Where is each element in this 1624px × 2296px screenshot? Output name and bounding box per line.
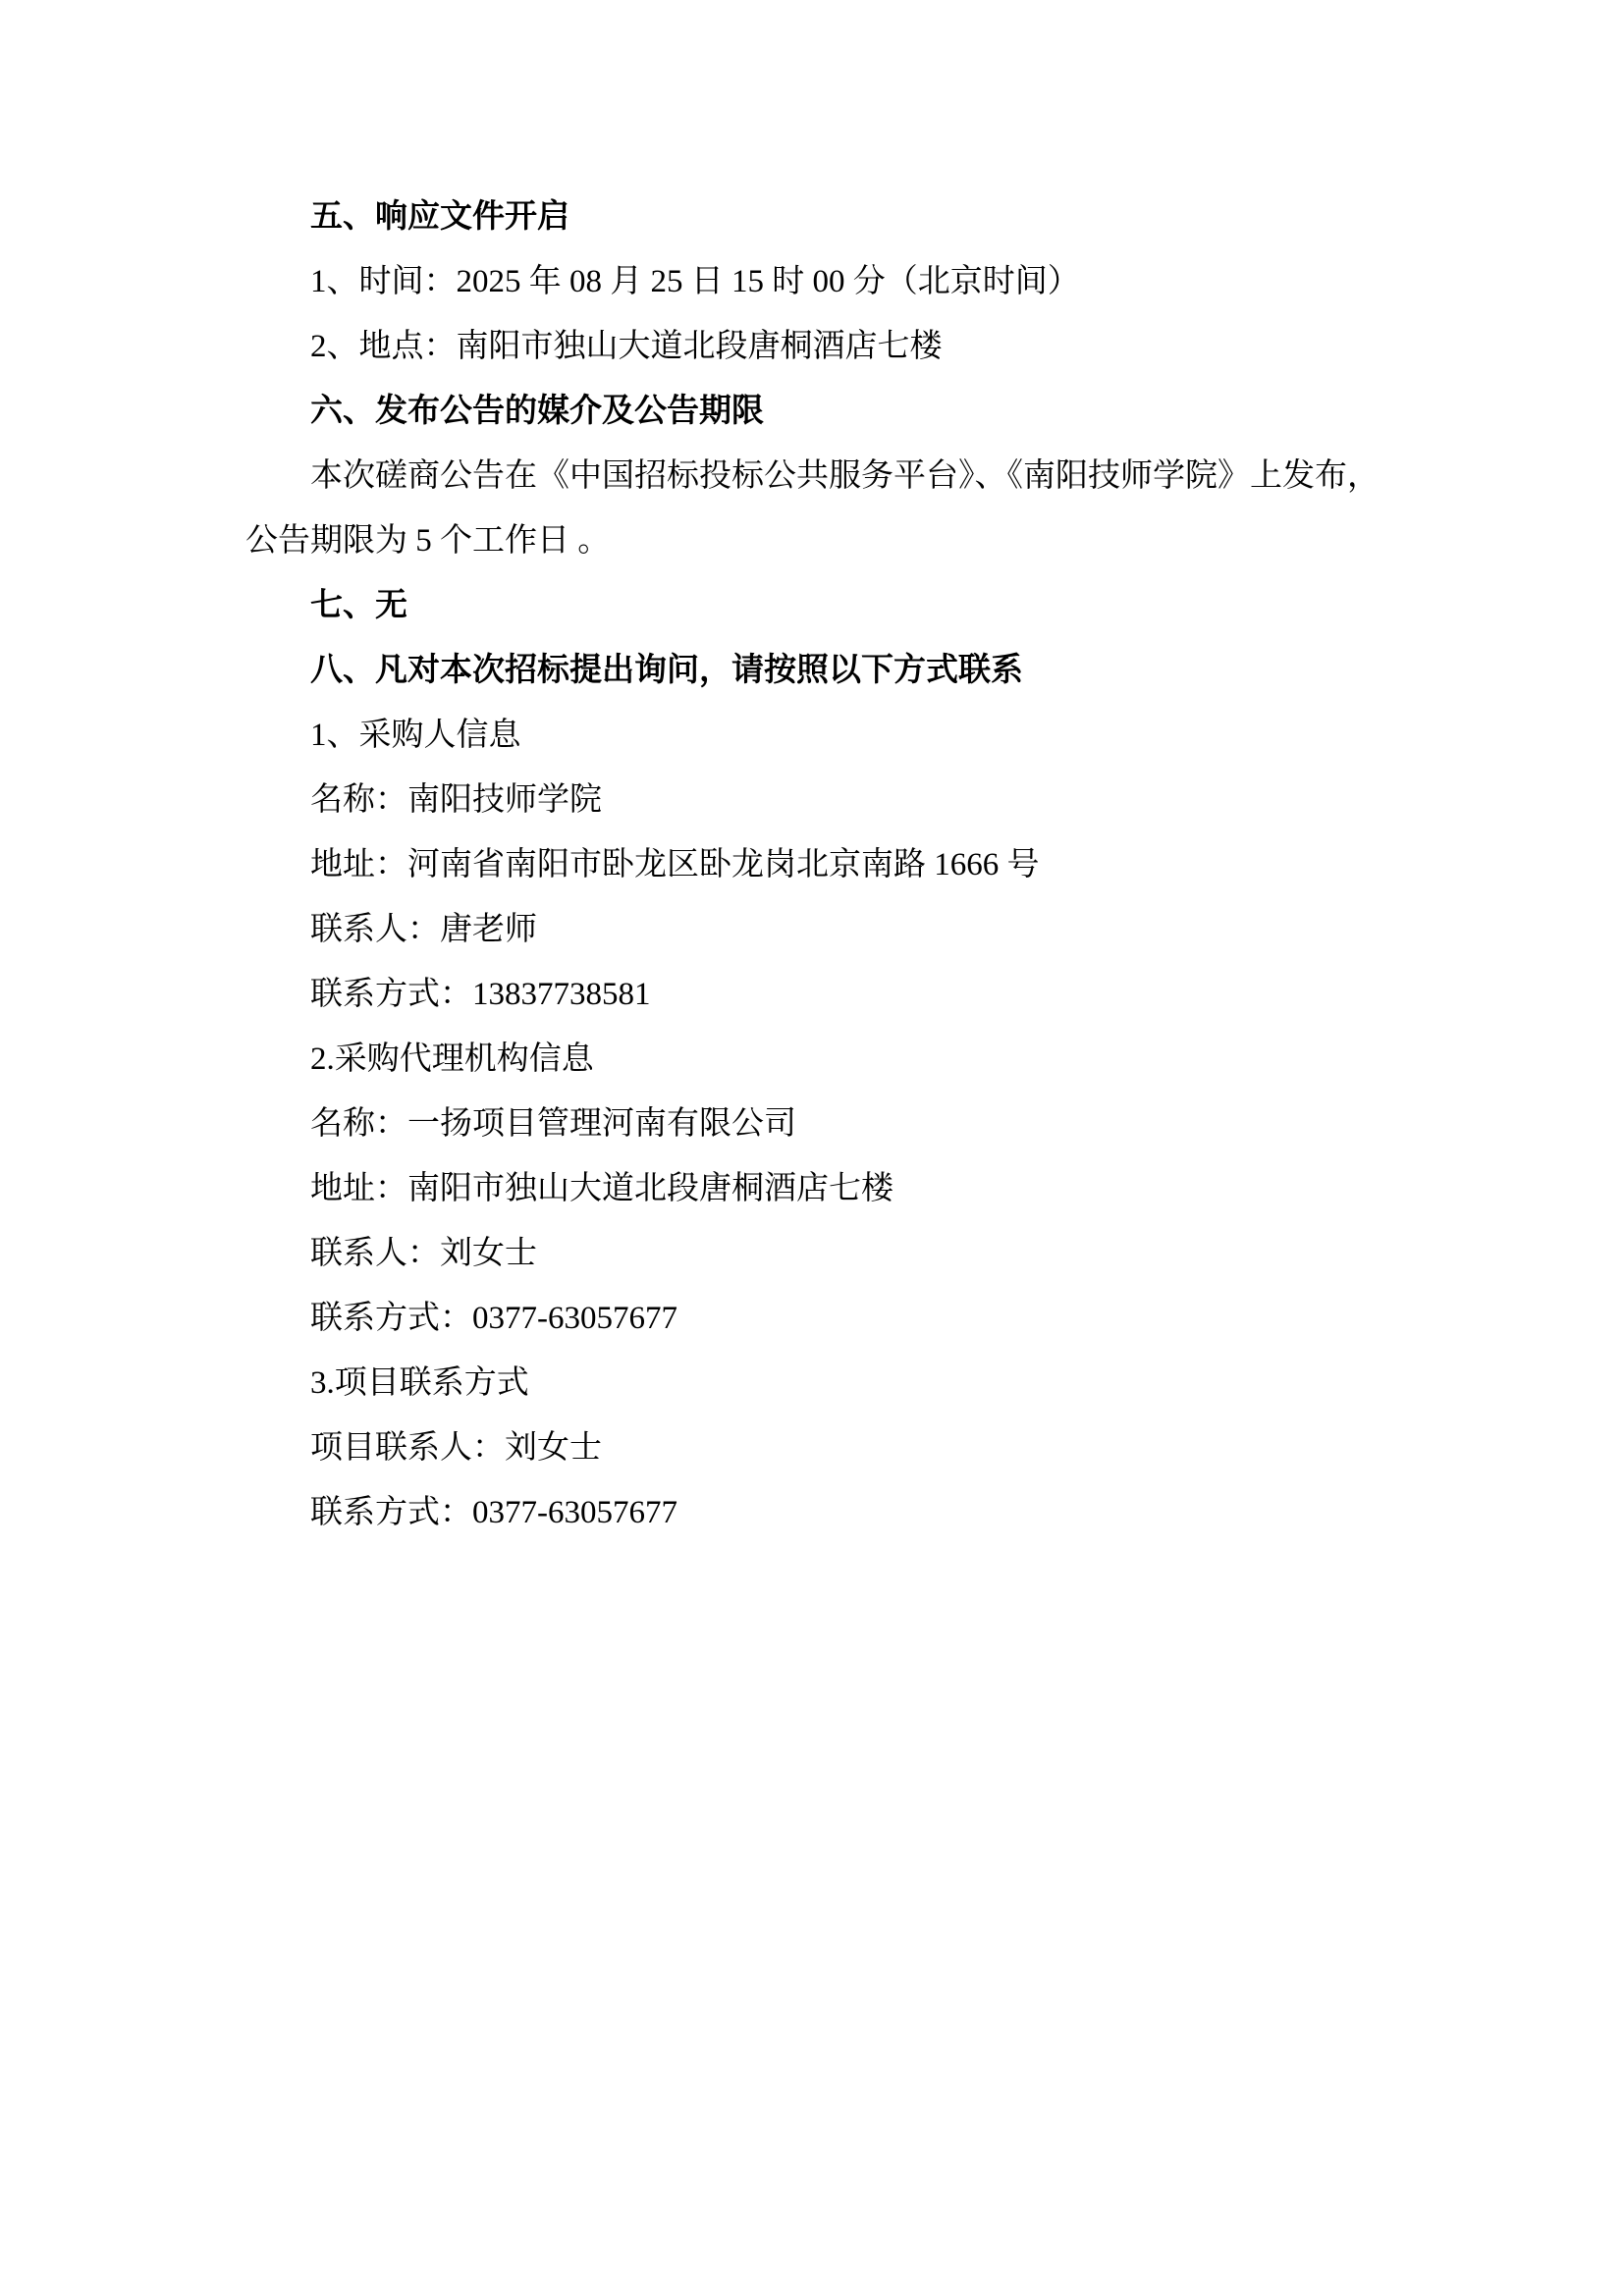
agency-phone-line: 联系方式：0377-63057677 (245, 1286, 1380, 1351)
document-page: 五、响应文件开启 1、时间：2025 年 08 月 25 日 15 时 00 分… (0, 0, 1624, 2296)
announcement-period-line: 公告期限为 5 个工作日 。 (245, 508, 1380, 573)
section-heading-5: 五、响应文件开启 (245, 185, 1380, 249)
purchaser-phone-line: 联系方式：13837738581 (245, 962, 1380, 1027)
section-heading-7: 七、无 (245, 573, 1380, 638)
purchaser-address-line: 地址：河南省南阳市卧龙区卧龙岗北京南路 1666 号 (245, 832, 1380, 897)
purchaser-contact-line: 联系人：唐老师 (245, 897, 1380, 962)
open-time-line: 1、时间：2025 年 08 月 25 日 15 时 00 分（北京时间） (245, 249, 1380, 314)
agency-address-line: 地址：南阳市独山大道北段唐桐酒店七楼 (245, 1156, 1380, 1221)
purchaser-info-heading-line: 1、采购人信息 (245, 703, 1380, 768)
project-phone-line: 联系方式：0377-63057677 (245, 1480, 1380, 1545)
announcement-media-line: 本次磋商公告在《中国招标投标公共服务平台》、《南阳技师学院》上发布， (245, 444, 1380, 508)
agency-name-line: 名称：一扬项目管理河南有限公司 (245, 1092, 1380, 1156)
open-location-line: 2、地点：南阳市独山大道北段唐桐酒店七楼 (245, 314, 1380, 379)
project-contact-line: 项目联系人：刘女士 (245, 1415, 1380, 1480)
agency-info-heading-line: 2.采购代理机构信息 (245, 1027, 1380, 1092)
section-heading-8: 八、凡对本次招标提出询问，请按照以下方式联系 (245, 638, 1380, 703)
document-body: 五、响应文件开启 1、时间：2025 年 08 月 25 日 15 时 00 分… (245, 185, 1380, 1545)
purchaser-name-line: 名称：南阳技师学院 (245, 768, 1380, 832)
agency-contact-line: 联系人：刘女士 (245, 1221, 1380, 1286)
project-contact-heading-line: 3.项目联系方式 (245, 1351, 1380, 1415)
section-heading-6: 六、发布公告的媒介及公告期限 (245, 379, 1380, 444)
